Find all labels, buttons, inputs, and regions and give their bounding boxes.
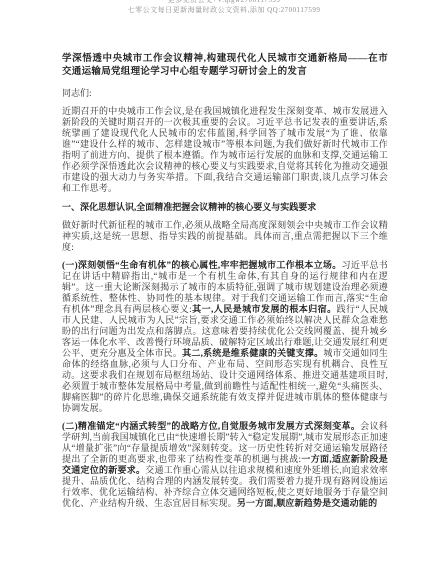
paragraph: (二)精准锚定“内涵式转型”的战略方位,自觉服务城市发展方式深刻变革。会议科学研… — [62, 421, 388, 509]
paragraph: (一)深刻领悟“生命有机体”的核心属性,牢牢把握城市工作根本立场。习近平总书记在… — [62, 260, 388, 414]
bold-run: 一、深化思想认识,全面精准把握会议精神的核心要义与实践要求 — [62, 202, 316, 212]
watermark-header: 更多免费公文+V:qlgw2700117599 七零公文每日更新海量时政公文资料… — [0, 0, 448, 15]
bold-run: (二)精准锚定“内涵式转型”的战略方位,自觉服务城市发展方式深刻变革。 — [62, 421, 360, 431]
document-page: 更多免费公文+V:qlgw2700117599 七零公文每日更新海量时政公文资料… — [0, 0, 448, 580]
paragraph: 做好新时代新征程的城市工作,必须从战略全局高度深刻领会中央城市工作会议精神实质,… — [62, 220, 388, 253]
watermark-line-1: 更多免费公文+V:qlgw2700117599 — [0, 0, 448, 4]
bold-run: (一)深刻领悟“生命有机体”的核心属性,牢牢把握城市工作根本立场。 — [62, 260, 342, 270]
bold-run: 其二,系统是维系健康的关键支撑。 — [182, 348, 323, 358]
section-heading: 一、深化思想认识,全面精准把握会议精神的核心要义与实践要求 — [62, 202, 388, 213]
document-content: 学深悟透中央城市工作会议精神,构建现代化人民城市交通新格局——在市交通运输局党组… — [62, 53, 388, 509]
paragraph: 近期召开的中央城市工作会议,是在我国城镇化进程发生深刻变革、城市发展进入新阶段的… — [62, 106, 388, 194]
document-body: 近期召开的中央城市工作会议,是在我国城镇化进程发生深刻变革、城市发展进入新阶段的… — [62, 106, 388, 509]
text-run: 近期召开的中央城市工作会议,是在我国城镇化进程发生深刻变革、城市发展进入新阶段的… — [62, 106, 388, 193]
document-title: 学深悟透中央城市工作会议精神,构建现代化人民城市交通新格局——在市交通运输局党组… — [62, 53, 388, 78]
bold-run: 另一方面,顺应新趋势是交通动能的 — [237, 498, 377, 508]
watermark-line-2: 七零公文每日更新海量时政公文资料,添加 QQ:2700117599 — [0, 6, 448, 15]
salutation: 同志们: — [62, 88, 388, 99]
text-run: 做好新时代新征程的城市工作,必须从战略全局高度深刻领会中央城市工作会议精神实质,… — [62, 220, 388, 252]
bold-run: 其一,人民是城市发展的根本归宿。 — [192, 304, 337, 314]
